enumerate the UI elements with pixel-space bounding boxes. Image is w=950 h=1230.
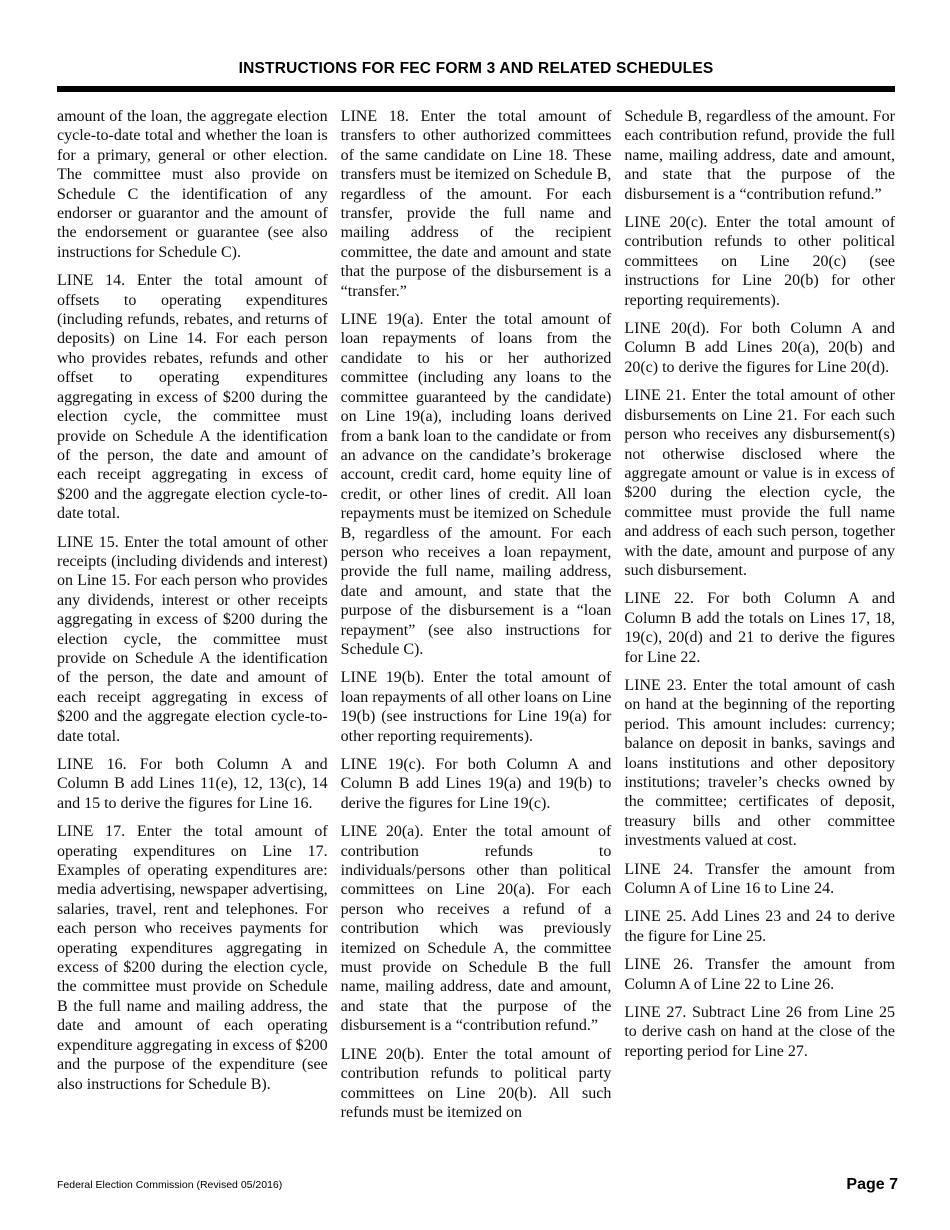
paragraph-line-20a: LINE 20(a). Enter the total amount of co… [341, 822, 612, 1035]
paragraph-line-24: LINE 24. Transfer the amount from Column… [624, 860, 895, 899]
paragraph-line-27: LINE 27. Subtract Line 26 from Line 25 t… [624, 1003, 895, 1061]
page-title: INSTRUCTIONS FOR FEC FORM 3 AND RELATED … [57, 60, 895, 78]
paragraph-line-17: LINE 17. Enter the total amount of opera… [57, 822, 328, 1094]
paragraph-line-20b: LINE 20(b). Enter the total amount of co… [341, 1045, 612, 1123]
paragraph-line-16: LINE 16. For both Column A and Column B … [57, 755, 328, 813]
column-middle: LINE 18. Enter the total amount of trans… [341, 107, 612, 1131]
paragraph-line-18: LINE 18. Enter the total amount of trans… [341, 107, 612, 301]
footer-agency-note: Federal Election Commission (Revised 05/… [57, 1179, 282, 1194]
page-footer: Federal Election Commission (Revised 05/… [57, 1176, 898, 1194]
paragraph-line-23: LINE 23. Enter the total amount of cash … [624, 676, 895, 851]
paragraph-line-19a: LINE 19(a). Enter the total amount of lo… [341, 310, 612, 659]
paragraph-line-19c: LINE 19(c). For both Column A and Column… [341, 755, 612, 813]
column-left: amount of the loan, the aggregate electi… [57, 107, 328, 1131]
document-page: INSTRUCTIONS FOR FEC FORM 3 AND RELATED … [0, 0, 950, 1230]
paragraph-line-20b-continuation: Schedule B, regardless of the amount. Fo… [624, 107, 895, 204]
paragraph-line-26: LINE 26. Transfer the amount from Column… [624, 955, 895, 994]
page-header: INSTRUCTIONS FOR FEC FORM 3 AND RELATED … [57, 60, 895, 92]
paragraph-line-20c: LINE 20(c). Enter the total amount of co… [624, 213, 895, 310]
page-number: Page 7 [846, 1176, 898, 1194]
column-right: Schedule B, regardless of the amount. Fo… [624, 107, 895, 1131]
paragraph-line-19b: LINE 19(b). Enter the total amount of lo… [341, 668, 612, 746]
paragraph-line-25: LINE 25. Add Lines 23 and 24 to derive t… [624, 907, 895, 946]
paragraph-loan-continuation: amount of the loan, the aggregate electi… [57, 107, 328, 262]
paragraph-line-20d: LINE 20(d). For both Column A and Column… [624, 319, 895, 377]
paragraph-line-14: LINE 14. Enter the total amount of offse… [57, 271, 328, 523]
paragraph-line-15: LINE 15. Enter the total amount of other… [57, 533, 328, 746]
instructions-body: amount of the loan, the aggregate electi… [57, 107, 895, 1131]
header-rule [57, 86, 895, 92]
paragraph-line-21: LINE 21. Enter the total amount of other… [624, 386, 895, 580]
paragraph-line-22: LINE 22. For both Column A and Column B … [624, 589, 895, 667]
